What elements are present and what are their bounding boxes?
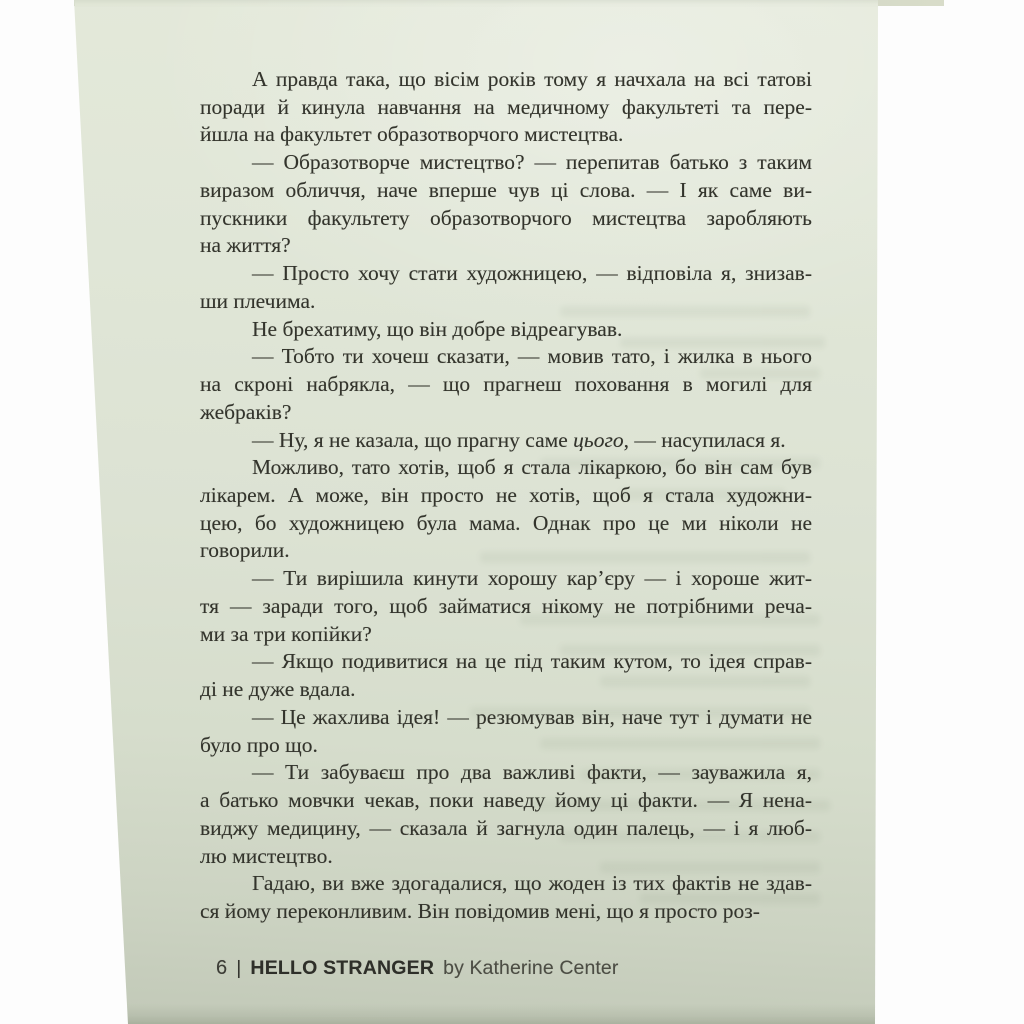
text-line: жебраків? [200,399,812,427]
italic-word: цього [573,428,623,452]
text-line: Можливо, тато хотів, щоб я стала лікарко… [200,454,812,482]
paragraph: — Тобто ти хочеш сказати, — мовив тато, … [200,343,812,426]
paragraph: Гадаю, ви вже здогадалися, що жоден із т… [200,870,812,925]
page-number: 6 [216,957,227,980]
text-line: лю мистецтво. [200,843,812,871]
text-line: ми за три копійки? [200,621,812,649]
text-segment: — Ну, я не казала, що прагну саме [252,428,573,452]
paragraph: А правда така, що вісім років тому я нач… [200,66,812,149]
paragraph: — Ну, я не казала, що прагну саме цього,… [200,427,812,455]
text-line: — Якщо подивитися на це під таким кутом,… [200,648,812,676]
paragraph: — Ти вирішила кинути хорошу кар’єру — і … [200,565,812,648]
paragraph: — Це жахлива ідея! — резюмував він, наче… [200,704,812,759]
text-line: цею, бо художницею була мама. Однак про … [200,510,812,538]
text-line: ши плечима. [200,288,812,316]
text-line: на скроні набрякла, — що прагнеш похован… [200,371,812,399]
text-line: говорили. [200,537,812,565]
footer-separator: | [236,957,241,980]
text-line: — Ти вирішила кинути хорошу кар’єру — і … [200,565,812,593]
book-byline: by Katherine Center [443,957,618,980]
book-photo: А правда така, що вісім років тому я нач… [0,0,1024,1024]
text-line: а батько мовчки чекав, поки наведу йому … [200,787,812,815]
text-line: — Ну, я не казала, що прагну саме цього,… [200,427,812,455]
paragraph: — Образотворче мистецтво? — перепитав ба… [200,149,812,260]
text-line: — Ти забуваєш про два важливі факти, — з… [200,759,812,787]
text-line: виджу медицину, — сказала й загнула один… [200,815,812,843]
paragraph: — Просто хочу стати художницею, — відпов… [200,260,812,315]
page-footer: 6 | HELLO STRANGER by Katherine Center [216,957,618,980]
paragraph: Не брехатиму, що він добре відреагував. [200,316,812,344]
text-line: виразом обличчя, наче вперше чув ці слов… [200,177,812,205]
text-line: лікарем. А може, він просто не хотів, що… [200,482,812,510]
paragraph: — Якщо подивитися на це під таким кутом,… [200,648,812,703]
page-bottom-shadow [120,1004,880,1024]
text-segment: , — насупилася я. [624,428,786,452]
text-line: йшла на факультет образотворчого мистецт… [200,121,812,149]
text-line: було про що. [200,732,812,760]
book-title: HELLO STRANGER [250,957,434,980]
text-line: — Тобто ти хочеш сказати, — мовив тато, … [200,343,812,371]
text-line: ся йому переконливим. Він повідомив мені… [200,898,812,926]
text-line: тя — заради того, щоб займатися нікому н… [200,593,812,621]
text-line: Не брехатиму, що він добре відреагував. [200,316,812,344]
paragraph: — Ти забуваєш про два важливі факти, — з… [200,759,812,870]
book-page: А правда така, що вісім років тому я нач… [0,0,1024,1024]
text-line: А правда така, що вісім років тому я нач… [200,66,812,94]
text-line: — Просто хочу стати художницею, — відпов… [200,260,812,288]
text-line: — Образотворче мистецтво? — перепитав ба… [200,149,812,177]
paragraph: Можливо, тато хотів, щоб я стала лікарко… [200,454,812,565]
text-line: пускники факультету образотворчого мисте… [200,205,812,233]
page-text: А правда така, що вісім років тому я нач… [200,66,812,926]
text-line: на життя? [200,232,812,260]
text-line: Гадаю, ви вже здогадалися, що жоден із т… [200,870,812,898]
text-line: — Це жахлива ідея! — резюмував він, наче… [200,704,812,732]
text-line: ді не дуже вдала. [200,676,812,704]
text-line: поради й кинула навчання на медичному фа… [200,94,812,122]
